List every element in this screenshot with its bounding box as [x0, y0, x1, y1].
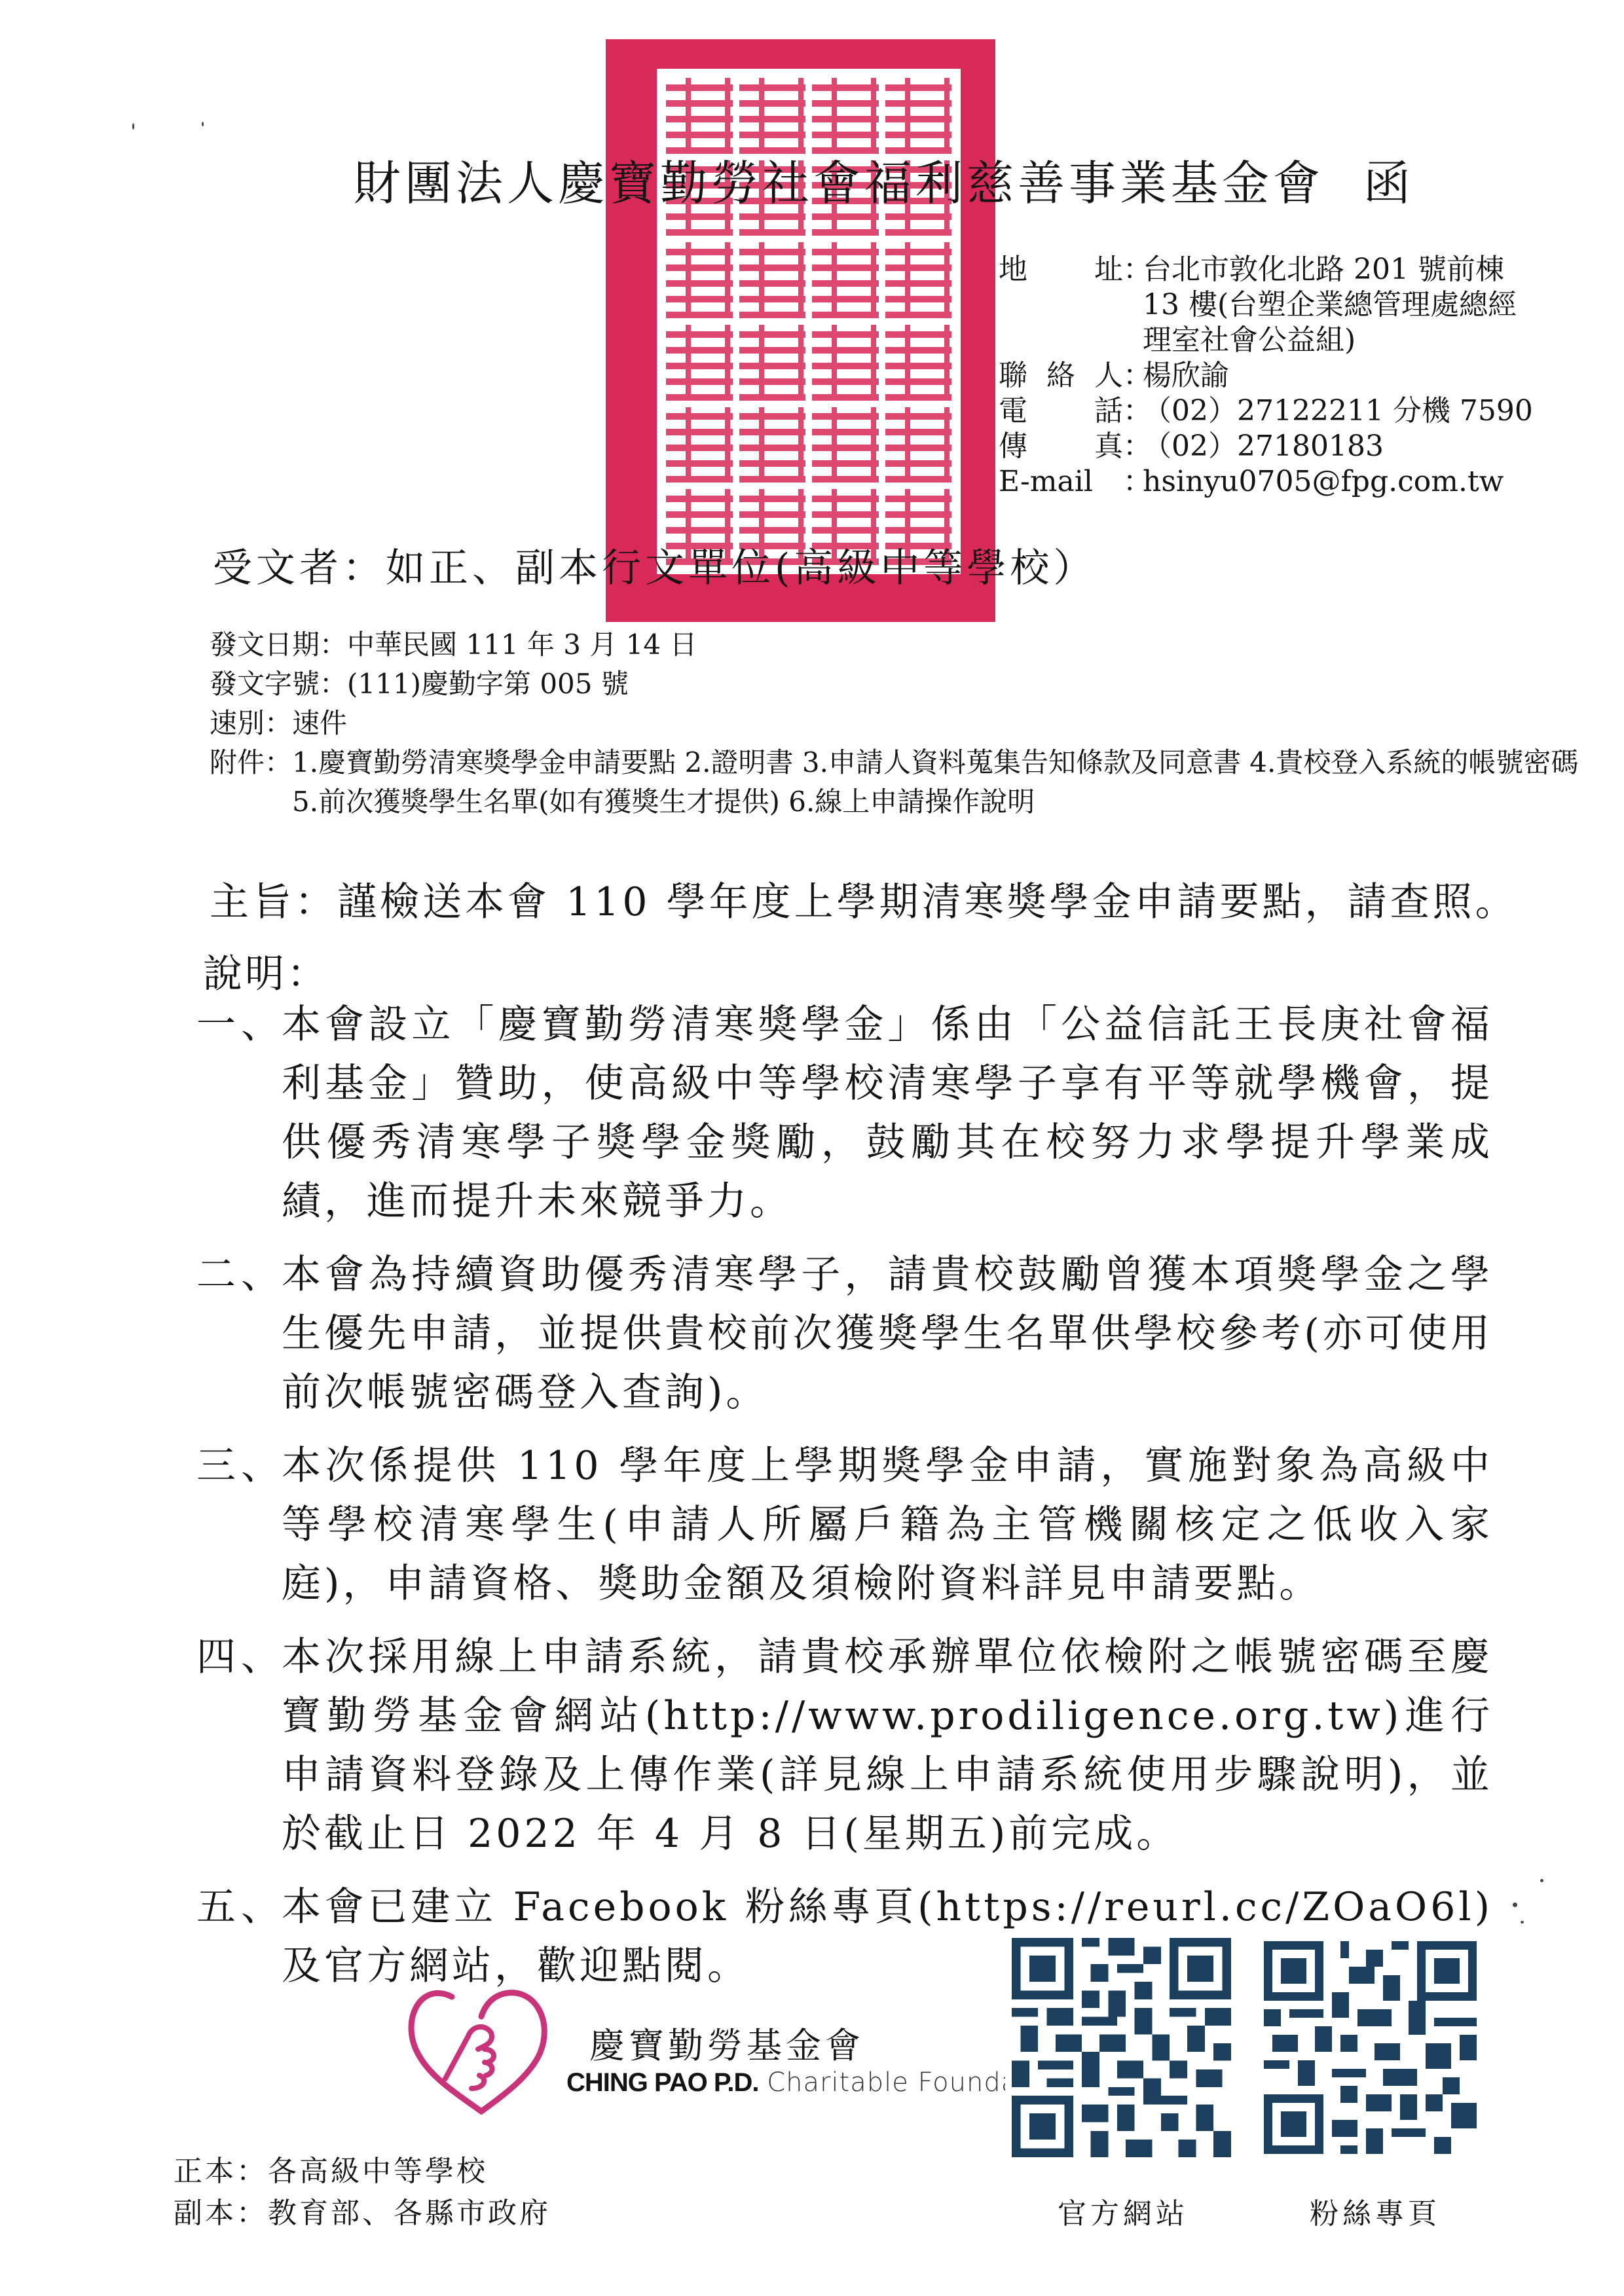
item-text: 本次採用線上申請系統，請貴校承辦單位依檢附之帳號密碼至慶寶勤勞基金會網站(htt…	[282, 1628, 1493, 1863]
document-meta: 發文日期：中華民國 111 年 3 月 14 日 發文字號：(111)慶勤字第 …	[210, 625, 1589, 822]
seal-glyph	[739, 78, 806, 154]
item-text: 本會設立「慶寶勤勞清寒獎學金」係由「公益信託王長庚社會福利基金」贊助，使高級中等…	[282, 995, 1493, 1231]
colon: ：	[1123, 358, 1143, 393]
seal-glyph	[812, 407, 879, 483]
seal-glyph	[885, 78, 952, 154]
document-type: 函	[1363, 156, 1414, 211]
issue-date-value: 中華民國 111 年 3 月 14 日	[347, 625, 697, 665]
email-value[interactable]: hsinyu0705@fpg.com.tw	[1143, 464, 1542, 500]
copy-label: 副本	[174, 2196, 236, 2230]
item-text: 本會為持續資助優秀清寒學子，請貴校鼓勵曾獲本項獎學金之學生優先申請，並提供貴校前…	[282, 1245, 1493, 1422]
scan-speck	[132, 123, 134, 130]
contact-person-row: 聯絡人 ： 楊欣諭	[999, 358, 1542, 393]
original-label: 正本	[174, 2155, 236, 2188]
qr-code-official-website[interactable]	[1005, 1938, 1238, 2157]
item-number: 二、	[196, 1245, 282, 1422]
address-label: 地址	[999, 252, 1123, 358]
colon: ：	[342, 545, 386, 591]
recipient-line: 受文者：如正、副本行文單位(高級中等學校）	[213, 537, 1096, 593]
seal-glyph	[666, 242, 733, 318]
seal-glyph	[739, 325, 806, 401]
phone-row: 電話 ： （02）27122211 分機 7590	[999, 393, 1542, 429]
colon: ：	[265, 743, 292, 822]
recipient-value: 如正、副本行文單位(高級中等學校）	[386, 545, 1096, 591]
subject-label: 主旨	[210, 879, 295, 925]
contact-person-label: 聯絡人	[999, 358, 1123, 393]
reference-label: 發文字號	[210, 665, 320, 704]
colon: ：	[236, 2196, 268, 2230]
official-seal-stamp	[606, 39, 995, 622]
phone-value: （02）27122211 分機 7590	[1143, 393, 1542, 429]
attachments-label: 附件	[210, 743, 265, 822]
attachments-value: 1.慶寶勤勞清寒獎學金申請要點 2.證明書 3.申請人資料蒐集告知條款及同意書 …	[292, 743, 1589, 822]
explanation-list: 一、 本會設立「慶寶勤勞清寒獎學金」係由「公益信託王長庚社會福利基金」贊助，使高…	[196, 995, 1493, 2010]
subject-text: 謹檢送本會 110 學年度上學期清寒獎學金申請要點，請查照。	[337, 879, 1518, 925]
contact-block: 地址 ： 台北市敦化北路 201 號前棟 13 樓(台塑企業總管理處總經理室社會…	[999, 252, 1542, 500]
document-title: 財團法人慶寶勤勞社會福利慈善事業基金會函	[354, 145, 1414, 213]
heart-hand-icon	[406, 1984, 557, 2115]
qr-label-official-website: 官方網站	[1058, 2190, 1189, 2232]
colon: ：	[295, 879, 337, 925]
explanation-item: 一、 本會設立「慶寶勤勞清寒獎學金」係由「公益信託王長庚社會福利基金」贊助，使高…	[196, 995, 1493, 1231]
fax-value: （02）27180183	[1143, 429, 1542, 464]
qr-code-icon	[1005, 1938, 1238, 2157]
seal-glyph	[739, 407, 806, 483]
item-number: 三、	[196, 1436, 282, 1613]
explanation-item: 四、 本次採用線上申請系統，請貴校承辦單位依檢附之帳號密碼至慶寶勤勞基金會網站(…	[196, 1628, 1493, 1863]
colon: ：	[265, 704, 292, 743]
foundation-logo: 慶寶勤勞基金會 CHING PAO P.D. Charitable Founda…	[406, 1990, 1008, 2108]
attachments-row: 附件：1.慶寶勤勞清寒獎學金申請要點 2.證明書 3.申請人資料蒐集告知條款及同…	[210, 743, 1589, 822]
reference-value: (111)慶勤字第 005 號	[347, 665, 629, 704]
original-value: 各高級中等學校	[268, 2155, 488, 2188]
explanation-item: 三、 本次係提供 110 學年度上學期獎學金申請，實施對象為高級中等學校清寒學生…	[196, 1436, 1493, 1613]
seal-inner-frame	[655, 67, 963, 576]
colon: ：	[1123, 429, 1143, 464]
seal-glyph	[885, 242, 952, 318]
explanation-heading: 說明：	[203, 943, 329, 999]
address-value: 台北市敦化北路 201 號前棟 13 樓(台塑企業總管理處總經理室社會公益組)	[1143, 252, 1542, 358]
qr-label-facebook-page: 粉絲專頁	[1310, 2190, 1441, 2232]
seal-glyph	[739, 242, 806, 318]
fax-row: 傳真 ： （02）27180183	[999, 429, 1542, 464]
email-row: E-mail ： hsinyu0705@fpg.com.tw	[999, 464, 1542, 500]
colon: ：	[320, 625, 347, 665]
explanation-item: 二、 本會為持續資助優秀清寒學子，請貴校鼓勵曾獲本項獎學金之學生優先申請，並提供…	[196, 1245, 1493, 1422]
scan-speck	[202, 122, 204, 126]
item-number: 一、	[196, 995, 282, 1231]
copy-value: 教育部、各縣市政府	[268, 2196, 551, 2230]
seal-glyph	[812, 325, 879, 401]
speed-row: 速別：速件	[210, 704, 1589, 743]
colon: ：	[1123, 393, 1143, 429]
item-number: 四、	[196, 1628, 282, 1863]
original-recipients-row: 正本：各高級中等學校	[174, 2151, 551, 2193]
reference-row: 發文字號：(111)慶勤字第 005 號	[210, 665, 1589, 704]
logo-name-en-bold: CHING PAO P.D.	[566, 2068, 758, 2097]
phone-label: 電話	[999, 393, 1123, 429]
seal-glyph	[666, 78, 733, 154]
seal-glyph	[812, 78, 879, 154]
qr-code-icon	[1264, 1938, 1477, 2157]
seal-glyph	[812, 242, 879, 318]
recipient-label: 受文者	[213, 545, 342, 591]
colon: ：	[1123, 464, 1143, 500]
seal-glyph	[666, 407, 733, 483]
issue-date-row: 發文日期：中華民國 111 年 3 月 14 日	[210, 625, 1589, 665]
scan-speck	[1540, 1879, 1543, 1882]
organization-name: 財團法人慶寶勤勞社會福利慈善事業基金會	[354, 156, 1324, 211]
copy-recipients-row: 副本：教育部、各縣市政府	[174, 2193, 551, 2234]
email-label: E-mail	[999, 464, 1123, 500]
contact-person-value: 楊欣諭	[1143, 358, 1542, 393]
speed-value: 速件	[292, 704, 347, 743]
colon: ：	[236, 2155, 268, 2188]
item-text: 本次係提供 110 學年度上學期獎學金申請，實施對象為高級中等學校清寒學生(申請…	[282, 1436, 1493, 1613]
scan-speck	[1521, 1921, 1524, 1923]
address-row: 地址 ： 台北市敦化北路 201 號前棟 13 樓(台塑企業總管理處總經理室社會…	[999, 252, 1542, 358]
speed-label: 速別	[210, 704, 265, 743]
seal-glyph	[885, 325, 952, 401]
distribution-block: 正本：各高級中等學校 副本：教育部、各縣市政府	[174, 2151, 551, 2234]
issue-date-label: 發文日期	[210, 625, 320, 665]
logo-name-en: CHING PAO P.D. Charitable Foundation	[566, 2068, 1071, 2098]
seal-glyph	[885, 407, 952, 483]
scan-speck	[1513, 1903, 1517, 1907]
colon: ：	[320, 665, 347, 704]
seal-glyph	[666, 325, 733, 401]
item-number: 五、	[196, 1878, 282, 1995]
fax-label: 傳真	[999, 429, 1123, 464]
subject-line: 主旨：謹檢送本會 110 學年度上學期清寒獎學金申請要點，請查照。	[210, 871, 1518, 927]
qr-code-facebook-page[interactable]	[1264, 1938, 1477, 2157]
logo-name-zh: 慶寶勤勞基金會	[589, 2018, 864, 2068]
colon: ：	[1123, 252, 1143, 358]
